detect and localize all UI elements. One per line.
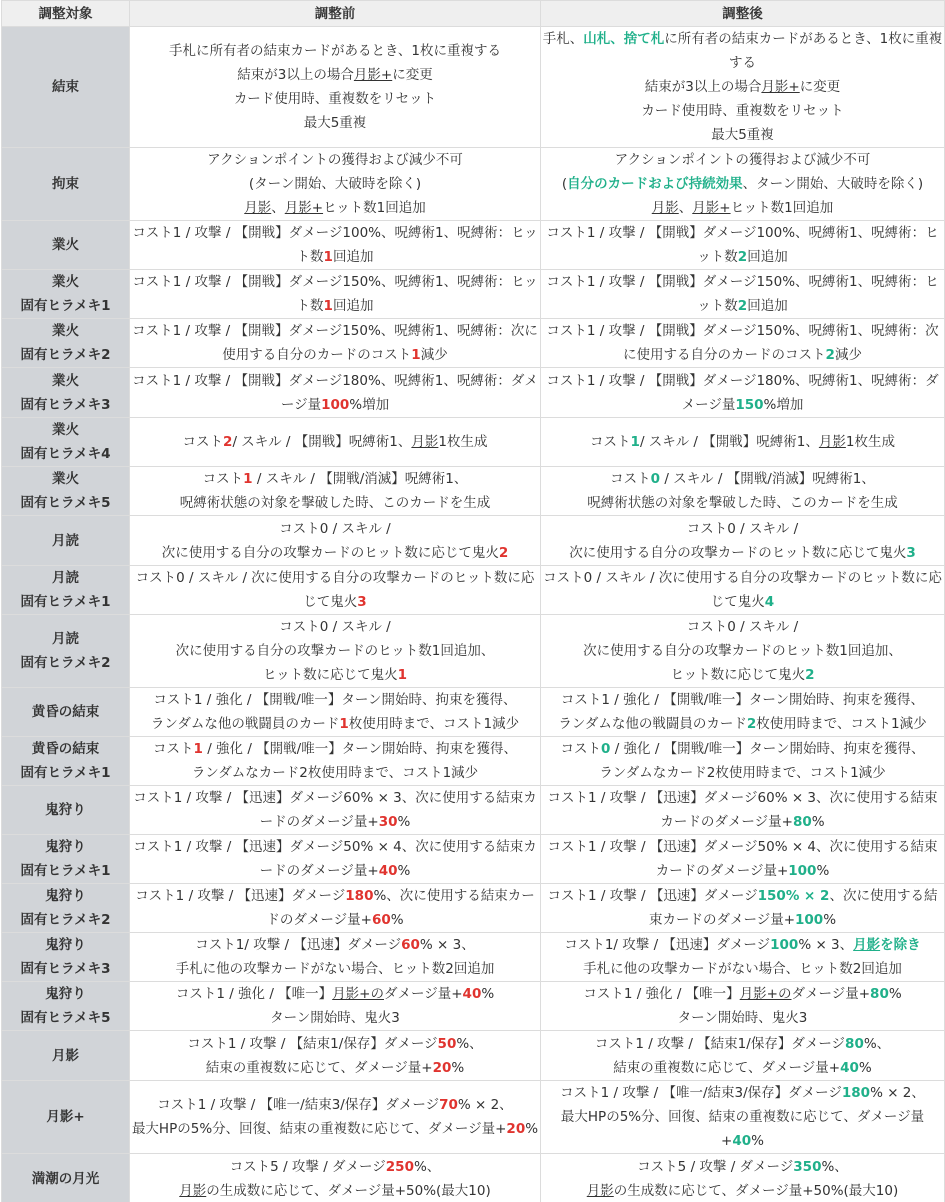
increased-value: 180 — [842, 1085, 870, 1101]
card-link-text: 月影+ — [692, 200, 730, 216]
text-line: コスト1 / 攻撃 / 【迅速】ダメージ180%、次に使用する結束カードのダメー… — [131, 884, 539, 932]
text-line: コスト1 / 強化 / 【唯一】月影+のダメージ量+80% — [542, 982, 943, 1006]
text-line: ランダムな他の戦闘員のカード1枚使用時まで、コスト1減少 — [131, 712, 539, 736]
text-line: 結束が3以上の場合月影+に変更 — [131, 63, 539, 87]
after-cell: コスト0 / スキル / 次に使用する自分の攻撃カードのヒット数に応じて鬼火4 — [541, 566, 945, 615]
text-segment: コスト1 / 攻撃 / 【迅速】ダメージ60% × 3、次に使用する結束カードの… — [133, 790, 537, 830]
decreased-value: 50 — [438, 1036, 457, 1052]
text-line: 次に使用する自分の攻撃カードのヒット数1回追加、 — [542, 639, 943, 663]
increased-value: 2 — [805, 667, 814, 683]
after-cell: コスト1 / 攻撃 / 【結束1/保存】ダメージ80%、結束の重複数に応じて、ダ… — [541, 1031, 945, 1081]
text-line: コスト0 / スキル / 次に使用する自分の攻撃カードのヒット数に応じて鬼火4 — [542, 566, 943, 614]
text-segment: 次に使用する自分の攻撃カードのヒット数1回追加、 — [176, 643, 495, 659]
target-cell: 業火 — [2, 221, 130, 270]
text-segment: 最大5重複 — [304, 115, 367, 131]
text-line: 最大5重複 — [131, 111, 539, 135]
text-line: ターン開始時、鬼火3 — [542, 1006, 943, 1030]
table-row: 月影コスト1 / 攻撃 / 【結束1/保存】ダメージ50%、結束の重複数に応じて… — [2, 1031, 945, 1081]
table-body: 結束手札に所有者の結束カードがあるとき、1枚に重複する結束が3以上の場合月影+に… — [2, 27, 945, 1202]
before-cell: コスト1 / 攻撃 / 【迅速】ダメージ60% × 3、次に使用する結束カードの… — [130, 786, 541, 835]
text-segment: コスト — [153, 741, 194, 757]
increased-value: 2 — [747, 716, 756, 732]
table-row: 拘束アクションポイントの獲得および減少不可(ターン開始、大破時を除く)月影、月影… — [2, 148, 945, 221]
text-segment: / スキル / 【開戦/消滅】呪縛術1、 — [660, 471, 875, 487]
text-segment: コスト1 / 攻撃 / 【迅速】ダメージ — [548, 888, 758, 904]
text-line: コスト1 / 攻撃 / 【開戦】ダメージ100%、呪縛術1、呪縛術：ヒット数2回… — [542, 221, 943, 269]
after-cell: コスト0 / 強化 / 【開戦/唯一】ターン開始時、拘束を獲得、ランダムなカード… — [541, 737, 945, 786]
text-segment: コスト1 / 攻撃 / 【結束1/保存】ダメージ — [187, 1036, 437, 1052]
variant-name: 固有ヒラメキ2 — [3, 651, 128, 675]
target-cell: 鬼狩り固有ヒラメキ3 — [2, 933, 130, 982]
text-line: 最大HPの5%分、回復、結束の重複数に応じて、ダメージ量+20% — [131, 1117, 539, 1141]
target-cell: 業火固有ヒラメキ5 — [2, 467, 130, 516]
after-cell: コスト1/ 攻撃 / 【迅速】ダメージ100% × 3、月影を除き手札に他の攻撃… — [541, 933, 945, 982]
text-line: ランダムな他の戦闘員のカード2枚使用時まで、コスト1減少 — [542, 712, 943, 736]
text-segment: %、 — [864, 1036, 890, 1052]
text-line: コスト1 / 攻撃 / 【結束1/保存】ダメージ50%、 — [131, 1032, 539, 1056]
text-segment: 次に使用する自分の攻撃カードのヒット数1回追加、 — [583, 643, 902, 659]
after-cell: 手札、山札、捨て札に所有者の結束カードがあるとき、1枚に重複する結束が3以上の場… — [541, 27, 945, 148]
target-cell: 月影 — [2, 1031, 130, 1081]
text-segment: コスト1 / 攻撃 / 【唯一/結束3/保存】ダメージ — [560, 1085, 842, 1101]
text-segment: コスト — [183, 434, 224, 450]
card-link-text: 月影+ — [761, 79, 799, 95]
text-segment: コスト0 / スキル / — [687, 521, 798, 537]
decreased-value: 100 — [321, 397, 349, 413]
text-line: コスト1 / 攻撃 / 【結束1/保存】ダメージ80%、 — [542, 1032, 943, 1056]
text-segment: ターン開始時、鬼火3 — [678, 1010, 808, 1026]
text-segment: 呪縛術状態の対象を撃破した時、このカードを生成 — [180, 495, 491, 511]
text-segment: コスト1 / 強化 / 【唯一】 — [176, 986, 332, 1002]
target-cell: 鬼狩り固有ヒラメキ5 — [2, 982, 130, 1031]
target-cell: 黄昏の結束 — [2, 688, 130, 737]
text-line: アクションポイントの獲得および減少不可 — [131, 148, 539, 172]
text-segment: / スキル / 【開戦/消滅】呪縛術1、 — [253, 471, 468, 487]
before-cell: アクションポイントの獲得および減少不可(ターン開始、大破時を除く)月影、月影+ヒ… — [130, 148, 541, 221]
text-line: 最大HPの5%分、回復、結束の重複数に応じて、ダメージ量+40% — [542, 1105, 943, 1153]
after-cell: コスト5 / 攻撃 / ダメージ350%、月影の生成数に応じて、ダメージ量+50… — [541, 1154, 945, 1202]
text-segment: % — [889, 986, 902, 1002]
after-cell: コスト0 / スキル /次に使用する自分の攻撃カードのヒット数に応じて鬼火3 — [541, 516, 945, 566]
text-line: カード使用時、重複数をリセット — [131, 87, 539, 111]
card-name: 拘束 — [3, 172, 128, 196]
table-row: 鬼狩りコスト1 / 攻撃 / 【迅速】ダメージ60% × 3、次に使用する結束カ… — [2, 786, 945, 835]
variant-name: 固有ヒラメキ1 — [3, 859, 128, 883]
before-cell: コスト1 / 強化 / 【開戦/唯一】ターン開始時、拘束を獲得、ランダムなカード… — [130, 737, 541, 786]
text-line: ターン開始時、鬼火3 — [131, 1006, 539, 1030]
text-line: コスト0 / スキル / — [131, 517, 539, 541]
target-cell: 黄昏の結束固有ヒラメキ1 — [2, 737, 130, 786]
target-cell: 月影+ — [2, 1081, 130, 1154]
text-segment: 結束の重複数に応じて、ダメージ量+ — [613, 1060, 840, 1076]
text-line: 月影、月影+ヒット数1回追加 — [542, 196, 943, 220]
target-cell: 業火固有ヒラメキ1 — [2, 270, 130, 319]
card-link-text: 月影 — [179, 1183, 206, 1199]
text-line: コスト0 / 強化 / 【開戦/唯一】ターン開始時、拘束を獲得、 — [542, 737, 943, 761]
text-segment: ランダムな他の戦闘員のカード — [151, 716, 339, 732]
text-segment: ヒット数1回追加 — [323, 200, 426, 216]
decreased-value: 180 — [345, 888, 373, 904]
decreased-value: 1 — [194, 741, 203, 757]
header-before: 調整前 — [130, 1, 541, 27]
text-segment: 呪縛術状態の対象を撃破した時、このカードを生成 — [587, 495, 898, 511]
card-name: 月読 — [3, 529, 128, 553]
text-segment: 減少 — [421, 347, 448, 363]
text-segment: コスト1 / 攻撃 / 【開戦】ダメージ150%、呪縛術1、呪縛術：次に使用する… — [546, 323, 938, 363]
text-line: (ターン開始、大破時を除く) — [131, 172, 539, 196]
after-cell: コスト1 / 攻撃 / 【開戦】ダメージ100%、呪縛術1、呪縛術：ヒット数2回… — [541, 221, 945, 270]
table-row: 業火固有ヒラメキ3コスト1 / 攻撃 / 【開戦】ダメージ180%、呪縛術1、呪… — [2, 368, 945, 418]
decreased-value: 1 — [398, 667, 407, 683]
text-segment: 手札に所有者の結束カードがあるとき、1枚に重複する — [169, 43, 501, 59]
card-name: 業火 — [3, 270, 128, 294]
text-line: 最大5重複 — [542, 123, 943, 147]
text-segment: 最大5重複 — [711, 127, 774, 143]
decreased-value: 2 — [499, 545, 508, 561]
text-segment: % — [481, 986, 494, 1002]
card-name: 月読 — [3, 627, 128, 651]
text-segment: アクションポイントの獲得および減少不可 — [207, 152, 463, 168]
text-segment: コスト1 / 強化 / 【唯一】 — [583, 986, 739, 1002]
increased-value: 2 — [738, 249, 747, 265]
text-line: コスト0 / スキル / — [542, 517, 943, 541]
text-line: コスト1 / 攻撃 / 【迅速】ダメージ60% × 3、次に使用する結束カードの… — [542, 786, 943, 834]
increased-value: 80 — [845, 1036, 864, 1052]
text-line: 次に使用する自分の攻撃カードのヒット数に応じて鬼火3 — [542, 541, 943, 565]
increased-value: 1 — [631, 434, 640, 450]
decreased-value: 1 — [324, 298, 333, 314]
table-row: 月読固有ヒラメキ1コスト0 / スキル / 次に使用する自分の攻撃カードのヒット… — [2, 566, 945, 615]
card-link-text: 月影+ — [285, 200, 323, 216]
text-line: 月影の生成数に応じて、ダメージ量+50%(最大10) — [131, 1179, 539, 1202]
before-cell: コスト1 / 攻撃 / 【迅速】ダメージ180%、次に使用する結束カードのダメー… — [130, 884, 541, 933]
after-cell: コスト1 / 攻撃 / 【開戦】ダメージ150%、呪縛術1、呪縛術：ヒット数2回… — [541, 270, 945, 319]
text-segment: コスト1/ 攻撃 / 【迅速】ダメージ — [564, 937, 770, 953]
header-after: 調整後 — [541, 1, 945, 27]
text-segment: に所有者の結束カードがあるとき、1枚に重複する — [664, 31, 942, 71]
header-row: 調整対象 調整前 調整後 — [2, 1, 945, 27]
text-line: (自分のカードおよび持続効果、ターン開始、大破時を除く) — [542, 172, 943, 196]
text-segment: % — [816, 863, 829, 879]
increased-value: 2 — [826, 347, 835, 363]
text-line: コスト1 / 攻撃 / 【迅速】ダメージ60% × 3、次に使用する結束カードの… — [131, 786, 539, 834]
adjustment-table: 調整対象 調整前 調整後 結束手札に所有者の結束カードがあるとき、1枚に重複する… — [1, 0, 945, 1202]
text-line: コスト1 / 攻撃 / 【唯一/結束3/保存】ダメージ70% × 2、 — [131, 1093, 539, 1117]
before-cell: コスト1 / 攻撃 / 【開戦】ダメージ100%、呪縛術1、呪縛術：ヒット数1回… — [130, 221, 541, 270]
text-line: コスト1 / 強化 / 【開戦/唯一】ターン開始時、拘束を獲得、 — [542, 688, 943, 712]
text-segment: % — [398, 863, 411, 879]
table-row: 業火固有ヒラメキ2コスト1 / 攻撃 / 【開戦】ダメージ150%、呪縛術1、呪… — [2, 319, 945, 368]
text-line: ランダムなカード2枚使用時まで、コスト1減少 — [131, 761, 539, 785]
text-line: コスト1 / 攻撃 / 【迅速】ダメージ50% × 4、次に使用する結束カードの… — [542, 835, 943, 883]
variant-name: 固有ヒラメキ5 — [3, 491, 128, 515]
card-name: 黄昏の結束 — [3, 737, 128, 761]
target-cell: 月読 — [2, 516, 130, 566]
decreased-value: 20 — [506, 1121, 525, 1137]
card-name: 月読 — [3, 566, 128, 590]
before-cell: コスト1 / 攻撃 / 【唯一/結束3/保存】ダメージ70% × 2、最大HPの… — [130, 1081, 541, 1154]
table-row: 結束手札に所有者の結束カードがあるとき、1枚に重複する結束が3以上の場合月影+に… — [2, 27, 945, 148]
text-segment: カード使用時、重複数をリセット — [234, 91, 436, 107]
before-cell: コスト5 / 攻撃 / ダメージ250%、月影の生成数に応じて、ダメージ量+50… — [130, 1154, 541, 1202]
card-name: 鬼狩り — [3, 835, 128, 859]
text-segment: の生成数に応じて、ダメージ量+50%(最大10) — [614, 1183, 899, 1199]
decreased-value: 70 — [439, 1097, 458, 1113]
card-name: 結束 — [3, 75, 128, 99]
text-line: 呪縛術状態の対象を撃破した時、このカードを生成 — [542, 491, 943, 515]
before-cell: コスト0 / スキル / 次に使用する自分の攻撃カードのヒット数に応じて鬼火3 — [130, 566, 541, 615]
text-line: 呪縛術状態の対象を撃破した時、このカードを生成 — [131, 491, 539, 515]
increased-value: 月影 — [853, 937, 880, 953]
text-line: コスト1 / スキル / 【開戦/消滅】呪縛術1、 — [131, 467, 539, 491]
text-segment: コスト1 / 強化 / 【開戦/唯一】ターン開始時、拘束を獲得、 — [153, 692, 516, 708]
text-segment: % — [751, 1133, 764, 1149]
text-line: コスト5 / 攻撃 / ダメージ350%、 — [542, 1155, 943, 1179]
text-segment: %、 — [821, 1159, 847, 1175]
card-link-text: 月影 — [587, 1183, 614, 1199]
table-row: 鬼狩り固有ヒラメキ2コスト1 / 攻撃 / 【迅速】ダメージ180%、次に使用す… — [2, 884, 945, 933]
after-cell: コスト1 / 攻撃 / 【迅速】ダメージ50% × 4、次に使用する結束カードの… — [541, 835, 945, 884]
card-link-text: 月影+ — [354, 67, 392, 83]
text-segment: コスト1 / 攻撃 / 【迅速】ダメージ50% × 4、次に使用する結束カードの… — [547, 839, 937, 879]
before-cell: コスト1 / スキル / 【開戦/消滅】呪縛術1、呪縛術状態の対象を撃破した時、… — [130, 467, 541, 516]
increased-value: 山札、捨て札 — [583, 31, 664, 47]
text-segment: 減少 — [835, 347, 862, 363]
text-line: コスト1 / 攻撃 / 【開戦】ダメージ180%、呪縛術1、呪縛術：ダメージ量1… — [542, 369, 943, 417]
after-cell: コスト1/ スキル / 【開戦】呪縛術1、月影1枚生成 — [541, 418, 945, 467]
after-cell: コスト0 / スキル /次に使用する自分の攻撃カードのヒット数1回追加、ヒット数… — [541, 615, 945, 688]
text-line: 手札に所有者の結束カードがあるとき、1枚に重複する — [131, 39, 539, 63]
text-line: コスト1 / 強化 / 【開戦/唯一】ターン開始時、拘束を獲得、 — [131, 688, 539, 712]
before-cell: コスト1 / 攻撃 / 【開戦】ダメージ150%、呪縛術1、呪縛術：次に使用する… — [130, 319, 541, 368]
text-segment: % — [812, 814, 825, 830]
table-row: 業火固有ヒラメキ1コスト1 / 攻撃 / 【開戦】ダメージ150%、呪縛術1、呪… — [2, 270, 945, 319]
table-row: 鬼狩り固有ヒラメキ3コスト1/ 攻撃 / 【迅速】ダメージ60% × 3、手札に… — [2, 933, 945, 982]
text-line: コスト1 / 攻撃 / 【唯一/結束3/保存】ダメージ180% × 2、 — [542, 1081, 943, 1105]
text-segment: %増加 — [349, 397, 389, 413]
target-cell: 月読固有ヒラメキ1 — [2, 566, 130, 615]
variant-name: 固有ヒラメキ4 — [3, 442, 128, 466]
card-name: 鬼狩り — [3, 933, 128, 957]
text-line: コスト1/ 攻撃 / 【迅速】ダメージ100% × 3、月影を除き — [542, 933, 943, 957]
text-segment: 回追加 — [333, 249, 374, 265]
text-line: 結束が3以上の場合月影+に変更 — [542, 75, 943, 99]
text-segment: 回追加 — [333, 298, 374, 314]
table-row: 黄昏の結束固有ヒラメキ1コスト1 / 強化 / 【開戦/唯一】ターン開始時、拘束… — [2, 737, 945, 786]
after-cell: コスト1 / 攻撃 / 【開戦】ダメージ150%、呪縛術1、呪縛術：次に使用する… — [541, 319, 945, 368]
text-segment: コスト1 / 攻撃 / 【迅速】ダメージ — [135, 888, 345, 904]
target-cell: 業火固有ヒラメキ3 — [2, 368, 130, 418]
text-line: コスト1 / 攻撃 / 【開戦】ダメージ150%、呪縛術1、呪縛術：ヒット数2回… — [542, 270, 943, 318]
table-row: 業火固有ヒラメキ5コスト1 / スキル / 【開戦/消滅】呪縛術1、呪縛術状態の… — [2, 467, 945, 516]
text-line: コスト1 / 強化 / 【開戦/唯一】ターン開始時、拘束を獲得、 — [131, 737, 539, 761]
text-segment: に変更 — [392, 67, 433, 83]
card-link-text: 月影 — [819, 434, 846, 450]
target-cell: 月読固有ヒラメキ2 — [2, 615, 130, 688]
card-name: 満潮の月光 — [3, 1167, 128, 1191]
target-cell: 業火固有ヒラメキ2 — [2, 319, 130, 368]
card-link-text: 月影 — [411, 434, 438, 450]
card-name: 鬼狩り — [3, 982, 128, 1006]
text-segment: 次に使用する自分の攻撃カードのヒット数に応じて鬼火 — [569, 545, 906, 561]
text-segment: 結束が3以上の場合 — [237, 67, 354, 83]
text-segment: %、 — [414, 1159, 440, 1175]
text-segment: コスト0 / スキル / — [687, 619, 798, 635]
before-cell: コスト2/ スキル / 【開戦】呪縛術1、月影1枚生成 — [130, 418, 541, 467]
card-name: 業火 — [3, 418, 128, 442]
after-cell: コスト1 / 攻撃 / 【迅速】ダメージ60% × 3、次に使用する結束カードの… — [541, 786, 945, 835]
table-row: 黄昏の結束コスト1 / 強化 / 【開戦/唯一】ターン開始時、拘束を獲得、ランダ… — [2, 688, 945, 737]
text-segment: カード使用時、重複数をリセット — [641, 103, 843, 119]
text-segment: 枚使用時まで、コスト1減少 — [756, 716, 926, 732]
text-segment: ランダムなカード2枚使用時まで、コスト1減少 — [192, 765, 478, 781]
text-line: コスト1/ 攻撃 / 【迅速】ダメージ60% × 3、 — [131, 933, 539, 957]
text-line: コスト5 / 攻撃 / ダメージ250%、 — [131, 1155, 539, 1179]
text-segment: 次に使用する自分の攻撃カードのヒット数に応じて鬼火 — [162, 545, 499, 561]
before-cell: コスト1 / 攻撃 / 【迅速】ダメージ50% × 4、次に使用する結束カードの… — [130, 835, 541, 884]
target-cell: 拘束 — [2, 148, 130, 221]
decreased-value: 1 — [339, 716, 348, 732]
decreased-value: 40 — [379, 863, 398, 879]
table-row: 業火固有ヒラメキ4コスト2/ スキル / 【開戦】呪縛術1、月影1枚生成コスト1… — [2, 418, 945, 467]
variant-name: 固有ヒラメキ2 — [3, 908, 128, 932]
text-segment: コスト1 / 攻撃 / 【迅速】ダメージ50% × 4、次に使用する結束カードの… — [133, 839, 537, 879]
increased-value: 100 — [795, 912, 823, 928]
text-segment: / 強化 / 【開戦/唯一】ターン開始時、拘束を獲得、 — [610, 741, 924, 757]
text-segment: 結束が3以上の場合 — [645, 79, 762, 95]
text-line: アクションポイントの獲得および減少不可 — [542, 148, 943, 172]
text-segment: ダメージ量+ — [792, 986, 871, 1002]
increased-value: 150 — [735, 397, 763, 413]
decreased-value: 1 — [243, 471, 252, 487]
text-line: ヒット数に応じて鬼火1 — [131, 663, 539, 687]
variant-name: 固有ヒラメキ1 — [3, 590, 128, 614]
before-cell: コスト1/ 攻撃 / 【迅速】ダメージ60% × 3、手札に他の攻撃カードがない… — [130, 933, 541, 982]
before-cell: 手札に所有者の結束カードがあるとき、1枚に重複する結束が3以上の場合月影+に変更… — [130, 27, 541, 148]
text-line: コスト1 / 攻撃 / 【開戦】ダメージ100%、呪縛術1、呪縛術：ヒット数1回… — [131, 221, 539, 269]
card-name: 業火 — [3, 233, 128, 257]
text-line: 手札に他の攻撃カードがない場合、ヒット数2回追加 — [131, 957, 539, 981]
text-segment: コスト0 / スキル / — [279, 619, 390, 635]
increased-value: 0 — [651, 471, 660, 487]
variant-name: 固有ヒラメキ1 — [3, 761, 128, 785]
before-cell: コスト1 / 強化 / 【唯一】月影+のダメージ量+40%ターン開始時、鬼火3 — [130, 982, 541, 1031]
decreased-value: 3 — [357, 594, 366, 610]
variant-name: 固有ヒラメキ1 — [3, 294, 128, 318]
text-line: コスト0 / スキル / 【開戦/消滅】呪縛術1、 — [542, 467, 943, 491]
text-segment: % × 2、 — [870, 1085, 925, 1101]
text-line: 次に使用する自分の攻撃カードのヒット数に応じて鬼火2 — [131, 541, 539, 565]
header-target: 調整対象 — [2, 1, 130, 27]
increased-value: 0 — [601, 741, 610, 757]
text-line: コスト0 / スキル / 次に使用する自分の攻撃カードのヒット数に応じて鬼火3 — [131, 566, 539, 614]
text-segment: コスト — [610, 471, 651, 487]
text-segment: % — [451, 1060, 464, 1076]
text-segment: 手札に他の攻撃カードがない場合、ヒット数2回追加 — [176, 961, 495, 977]
decreased-value: 1 — [411, 347, 420, 363]
after-cell: アクションポイントの獲得および減少不可(自分のカードおよび持続効果、ターン開始、… — [541, 148, 945, 221]
text-segment: コスト1/ 攻撃 / 【迅速】ダメージ — [195, 937, 401, 953]
table-row: 月影+コスト1 / 攻撃 / 【唯一/結束3/保存】ダメージ70% × 2、最大… — [2, 1081, 945, 1154]
text-line: コスト1 / 攻撃 / 【開戦】ダメージ150%、呪縛術1、呪縛術：次に使用する… — [542, 319, 943, 367]
decreased-value: 250 — [386, 1159, 414, 1175]
text-line: 次に使用する自分の攻撃カードのヒット数1回追加、 — [131, 639, 539, 663]
text-line: カード使用時、重複数をリセット — [542, 99, 943, 123]
before-cell: コスト0 / スキル /次に使用する自分の攻撃カードのヒット数に応じて鬼火2 — [130, 516, 541, 566]
text-segment: %増加 — [764, 397, 804, 413]
increased-value: 2 — [738, 298, 747, 314]
variant-name: 固有ヒラメキ3 — [3, 957, 128, 981]
text-segment: / 強化 / 【開戦/唯一】ターン開始時、拘束を獲得、 — [203, 741, 517, 757]
increased-value: 350 — [793, 1159, 821, 1175]
text-segment: ランダムなカード2枚使用時まで、コスト1減少 — [599, 765, 885, 781]
text-segment: ヒット数1回追加 — [731, 200, 834, 216]
increased-value: 4 — [765, 594, 774, 610]
text-segment: コスト — [590, 434, 631, 450]
decreased-value: 40 — [463, 986, 482, 1002]
card-name: 月影 — [3, 1044, 128, 1068]
text-line: 手札、山札、捨て札に所有者の結束カードがあるとき、1枚に重複する — [542, 27, 943, 75]
increased-value: 80 — [870, 986, 889, 1002]
text-segment: 1枚生成 — [846, 434, 895, 450]
text-line: コスト1 / 強化 / 【唯一】月影+のダメージ量+40% — [131, 982, 539, 1006]
text-segment: % — [391, 912, 404, 928]
after-cell: コスト1 / 強化 / 【開戦/唯一】ターン開始時、拘束を獲得、ランダムな他の戦… — [541, 688, 945, 737]
variant-name: 固有ヒラメキ5 — [3, 1006, 128, 1030]
text-segment: % × 2、 — [458, 1097, 513, 1113]
decreased-value: 60 — [401, 937, 420, 953]
text-line: 結束の重複数に応じて、ダメージ量+40% — [542, 1056, 943, 1080]
text-line: コスト1 / 攻撃 / 【開戦】ダメージ150%、呪縛術1、呪縛術：ヒット数1回… — [131, 270, 539, 318]
target-cell: 業火固有ヒラメキ4 — [2, 418, 130, 467]
text-line: コスト1 / 攻撃 / 【開戦】ダメージ180%、呪縛術1、呪縛術：ダメージ量1… — [131, 369, 539, 417]
card-name: 業火 — [3, 319, 128, 343]
before-cell: コスト1 / 攻撃 / 【開戦】ダメージ180%、呪縛術1、呪縛術：ダメージ量1… — [130, 368, 541, 418]
text-line: コスト0 / スキル / — [131, 615, 539, 639]
table-row: 月読コスト0 / スキル /次に使用する自分の攻撃カードのヒット数に応じて鬼火2… — [2, 516, 945, 566]
text-segment: コスト1 / 攻撃 / 【唯一/結束3/保存】ダメージ — [157, 1097, 439, 1113]
target-cell: 鬼狩り固有ヒラメキ2 — [2, 884, 130, 933]
text-segment: コスト1 / 攻撃 / 【開戦】ダメージ150%、呪縛術1、呪縛術：次に使用する… — [132, 323, 538, 363]
card-link-text: 月影+の — [740, 986, 792, 1002]
text-segment: 最大HPの5%分、回復、結束の重複数に応じて、ダメージ量+ — [132, 1121, 506, 1137]
after-cell: コスト1 / 攻撃 / 【迅速】ダメージ150% × 2、次に使用する結束カード… — [541, 884, 945, 933]
after-cell: コスト1 / 攻撃 / 【開戦】ダメージ180%、呪縛術1、呪縛術：ダメージ量1… — [541, 368, 945, 418]
text-segment: 手札、 — [543, 31, 584, 47]
increased-value: を除き — [880, 937, 921, 953]
increased-value: 3 — [906, 545, 915, 561]
text-segment: % × 3、 — [798, 937, 853, 953]
target-cell: 結束 — [2, 27, 130, 148]
text-segment: ヒット数に応じて鬼火 — [670, 667, 805, 683]
before-cell: コスト1 / 攻撃 / 【結束1/保存】ダメージ50%、結束の重複数に応じて、ダ… — [130, 1031, 541, 1081]
variant-name: 固有ヒラメキ3 — [3, 393, 128, 417]
text-line: 月影の生成数に応じて、ダメージ量+50%(最大10) — [542, 1179, 943, 1202]
table-row: 月読固有ヒラメキ2コスト0 / スキル /次に使用する自分の攻撃カードのヒット数… — [2, 615, 945, 688]
table-row: 鬼狩り固有ヒラメキ1コスト1 / 攻撃 / 【迅速】ダメージ50% × 4、次に… — [2, 835, 945, 884]
text-segment: コスト — [203, 471, 244, 487]
card-name: 鬼狩り — [3, 798, 128, 822]
text-segment: / スキル / 【開戦】呪縛術1、 — [640, 434, 819, 450]
text-segment: 結束の重複数に応じて、ダメージ量+ — [206, 1060, 433, 1076]
text-segment: ヒット数に応じて鬼火 — [263, 667, 398, 683]
text-segment: 回追加 — [747, 249, 788, 265]
text-line: コスト1 / 攻撃 / 【迅速】ダメージ150% × 2、次に使用する結束カード… — [542, 884, 943, 932]
text-segment: % — [398, 814, 411, 830]
text-segment: 1枚生成 — [438, 434, 487, 450]
text-segment: コスト0 / スキル / 次に使用する自分の攻撃カードのヒット数に応じて鬼火 — [543, 570, 942, 610]
increased-value: 40 — [840, 1060, 859, 1076]
